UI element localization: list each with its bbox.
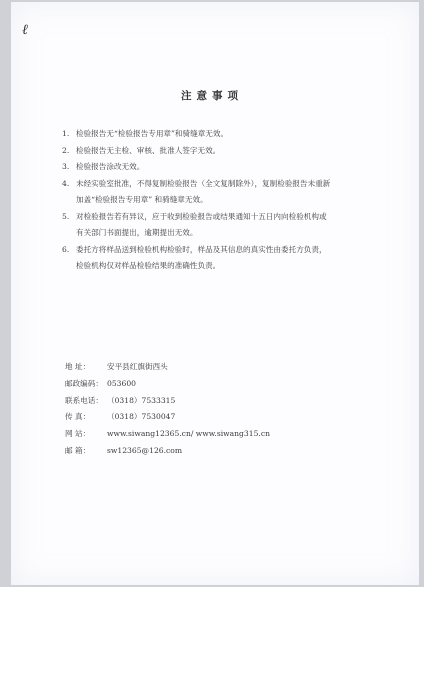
contact-phone: 联系电话：（0318）7533315	[65, 393, 270, 410]
notice-continuation: 检验机构仅对样品检验结果的准确性负责。	[62, 258, 382, 275]
notice-item: 3.检验报告涂改无效。	[62, 159, 382, 176]
contact-info: 地 址：安平县红旗街西头 邮政编码：053600 联系电话：（0318）7533…	[65, 359, 270, 460]
notice-number: 4.	[62, 176, 76, 193]
contact-value: www.siwang12365.cn/ www.siwang315.cn	[107, 426, 270, 443]
notice-text: 检验报告无主检、审核、批准人签字无效。	[76, 143, 220, 160]
notice-item: 4.未经实验室批准，不得复制检验报告（全文复制除外），复制检验报告未重新	[62, 176, 382, 193]
contact-fax: 传 真：（0318）7530047	[65, 409, 270, 426]
notice-text: 未经实验室批准，不得复制检验报告（全文复制除外），复制检验报告未重新	[76, 176, 330, 193]
notice-number: 2.	[62, 143, 76, 160]
notice-number: 1.	[62, 126, 76, 143]
notice-number: 6.	[62, 242, 76, 259]
notice-text: 检验报告无“检验报告专用章”和骑缝章无效。	[76, 126, 228, 143]
contact-value: 安平县红旗街西头	[107, 359, 168, 376]
contact-label: 传 真：	[65, 409, 107, 426]
page-title: 注意事项	[0, 88, 424, 103]
contact-email: 邮 箱：sw12365@126.com	[65, 443, 270, 460]
contact-value: （0318）7533315	[107, 393, 175, 410]
contact-label: 地 址：	[65, 359, 107, 376]
notice-item: 1.检验报告无“检验报告专用章”和骑缝章无效。	[62, 126, 382, 143]
contact-label: 网 站：	[65, 426, 107, 443]
notice-text: 检验报告涂改无效。	[76, 159, 144, 176]
contact-postcode: 邮政编码：053600	[65, 376, 270, 393]
contact-label: 邮政编码：	[65, 376, 107, 393]
notice-item: 6.委托方将样品送到检验机构检验时，样品及其信息的真实性由委托方负责，	[62, 242, 382, 259]
contact-value: 053600	[107, 376, 136, 393]
notice-number: 3.	[62, 159, 76, 176]
notice-item: 5.对检验报告若有异议，应于收到检验报告或结果通知十五日内向检验机构或	[62, 209, 382, 226]
contact-label: 联系电话：	[65, 393, 107, 410]
notice-item: 2.检验报告无主检、审核、批准人签字无效。	[62, 143, 382, 160]
notice-list: 1.检验报告无“检验报告专用章”和骑缝章无效。 2.检验报告无主检、审核、批准人…	[62, 126, 382, 275]
contact-value: sw12365@126.com	[107, 443, 182, 460]
contact-value: （0318）7530047	[107, 409, 175, 426]
notice-continuation: 加盖“检验报告专用章” 和骑缝章无效。	[62, 192, 382, 209]
notice-text: 委托方将样品送到检验机构检验时，样品及其信息的真实性由委托方负责，	[76, 242, 327, 259]
contact-label: 邮 箱：	[65, 443, 107, 460]
handwritten-mark: ℓ	[22, 22, 28, 39]
contact-website: 网 站：www.siwang12365.cn/ www.siwang315.cn	[65, 426, 270, 443]
notice-number: 5.	[62, 209, 76, 226]
contact-address: 地 址：安平县红旗街西头	[65, 359, 270, 376]
notice-continuation: 有关部门书面提出，逾期提出无效。	[62, 225, 382, 242]
notice-text: 对检验报告若有异议，应于收到检验报告或结果通知十五日内向检验机构或	[76, 209, 327, 226]
